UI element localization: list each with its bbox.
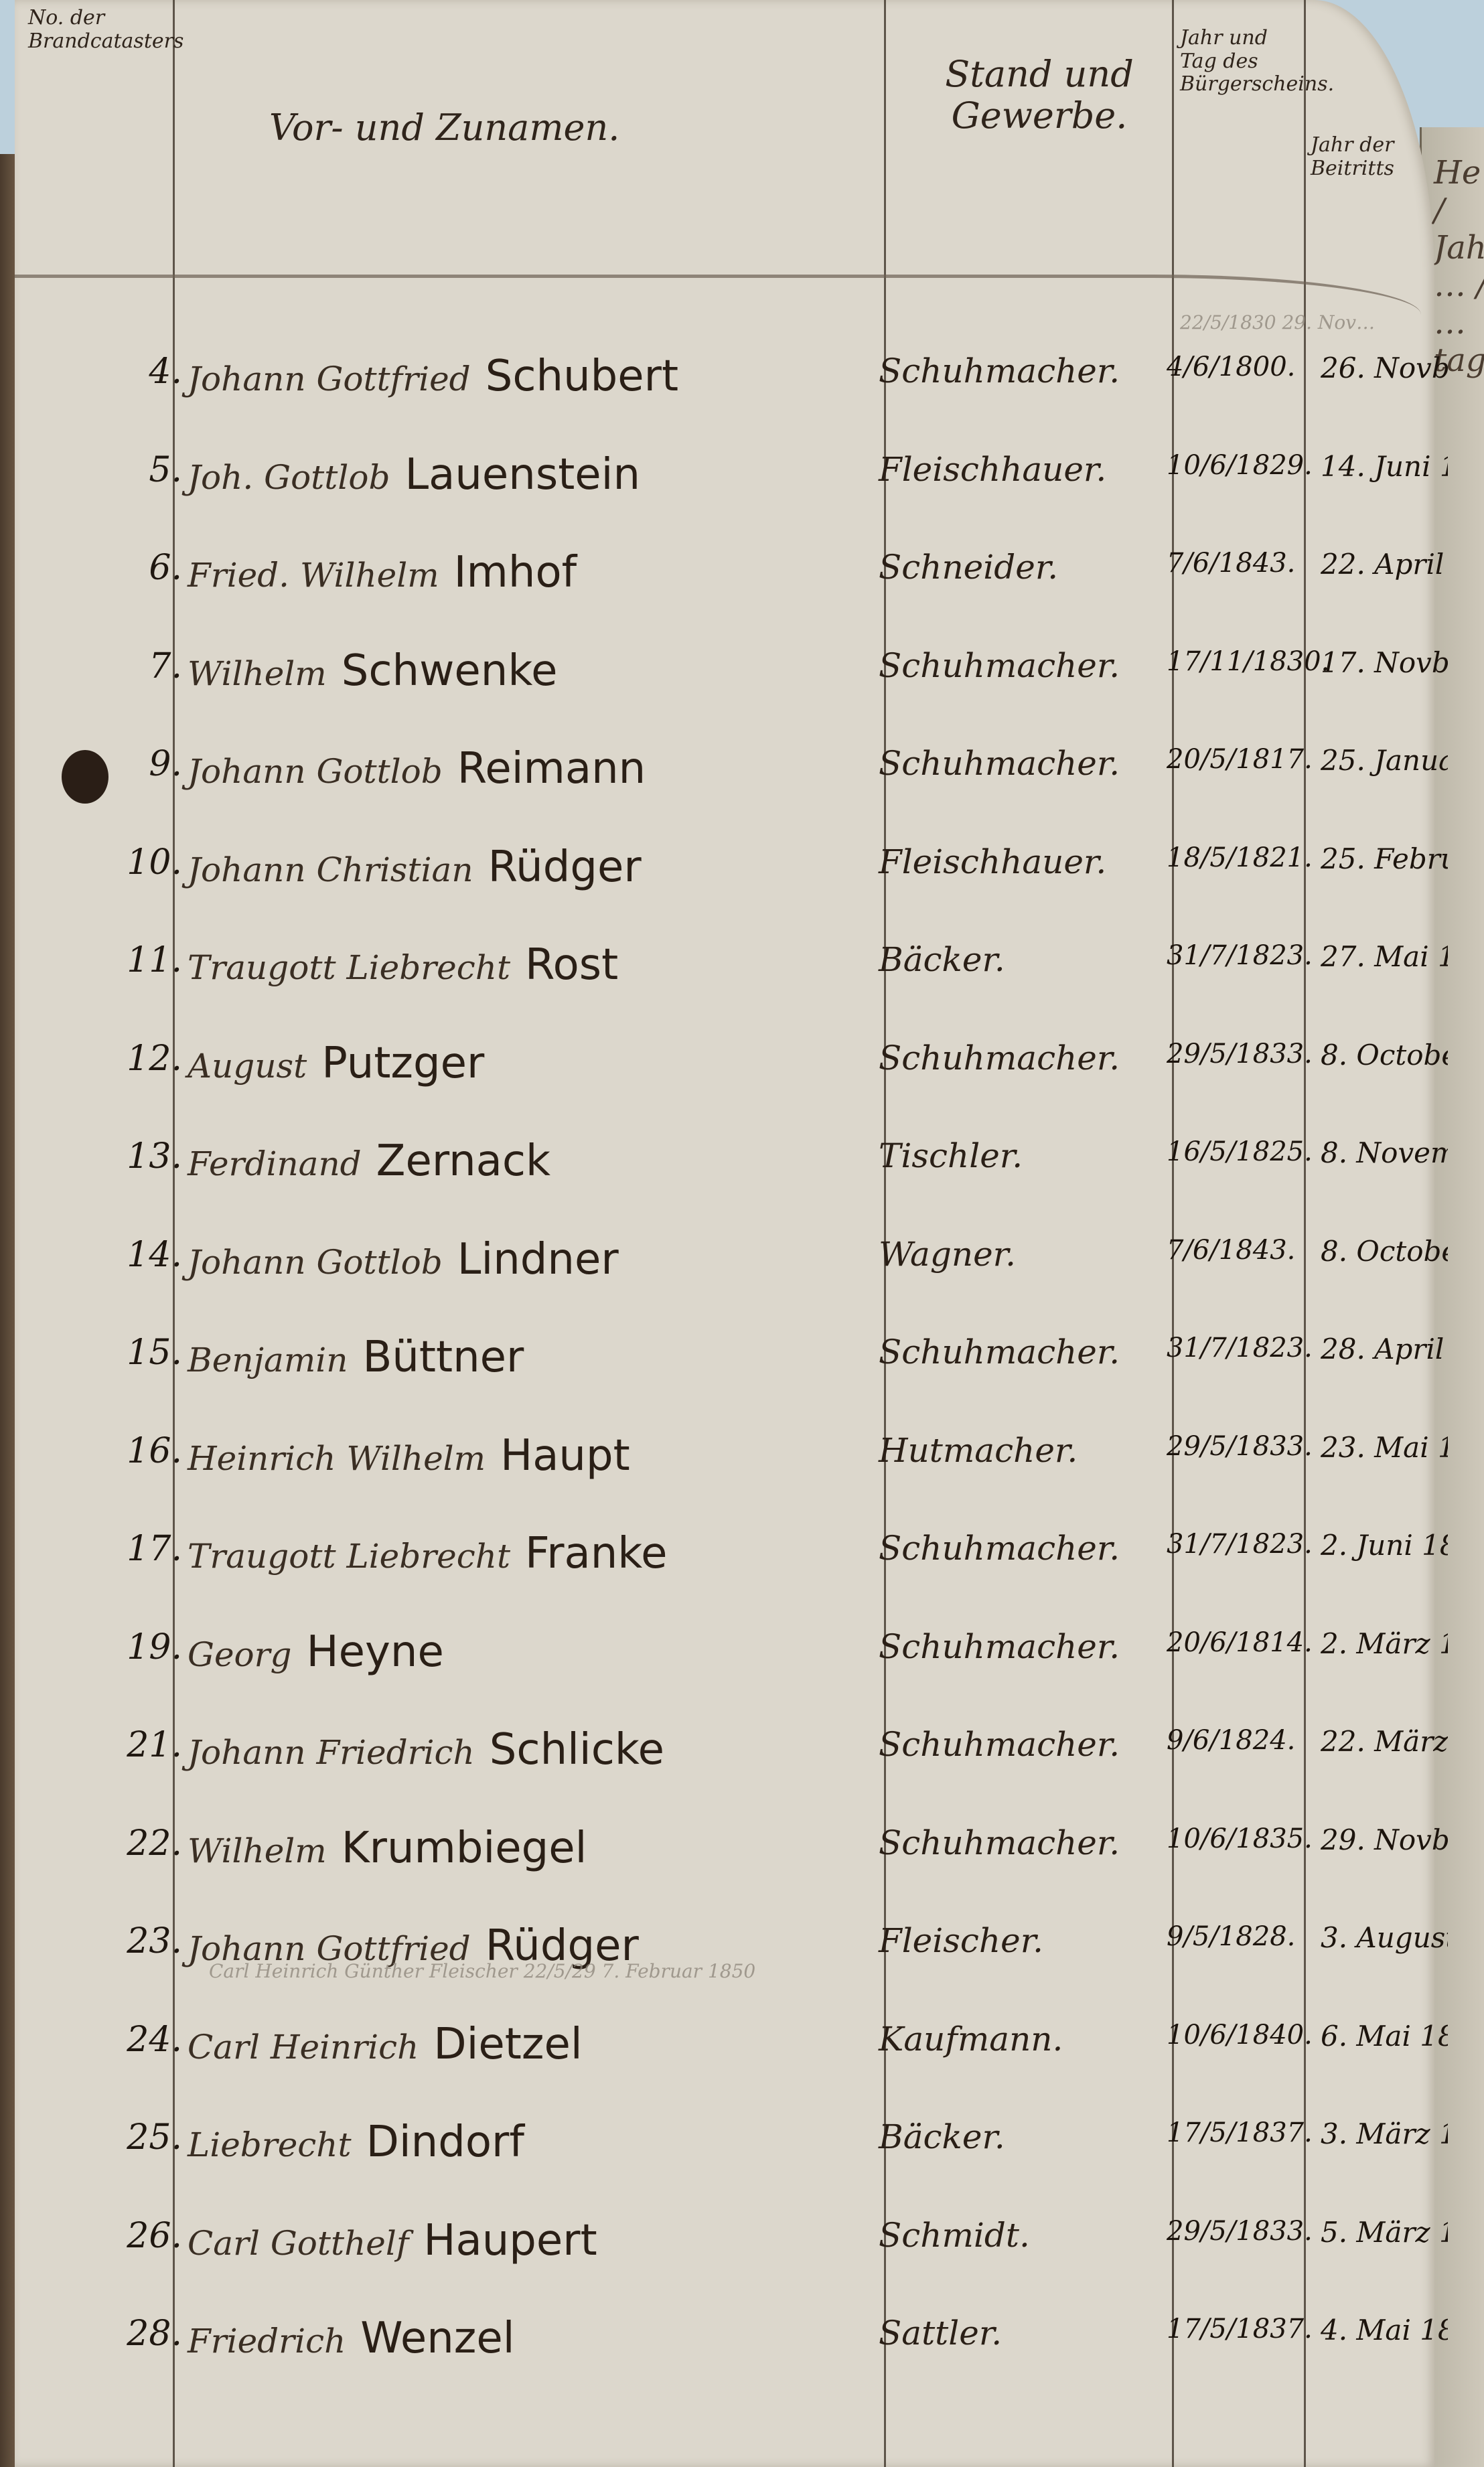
person-name: FerdinandZernack [188,1136,891,1186]
given-names: Friedrich [188,2322,346,2361]
occupation: Bäcker. [879,2117,1173,2156]
surname: Wenzel [360,2314,514,2363]
row-number: 15. [55,1333,196,1373]
person-name: Johann FriedrichSchlicke [188,1725,891,1775]
given-names: Traugott Liebrecht [188,948,510,987]
header-citizen-date: Jahr und Tag des Bürgerscheins. [1180,27,1301,96]
entry-date: 29. Novbr 18… [1321,1823,1448,1856]
register-page: No. der Brandcatasters Vor- und Zunamen.… [15,0,1434,2467]
citizen-certificate-date: 20/5/1817. [1167,744,1321,775]
surname: Zernack [376,1136,550,1186]
row-number: 17. [55,1529,196,1569]
citizen-certificate-date: 17/5/1837. [1167,2117,1321,2148]
row-number: 6. [55,548,196,588]
citizen-certificate-date: 18/5/1821. [1167,842,1321,873]
row-number: 21. [55,1725,196,1765]
row-number: 26. [55,2216,196,2256]
surname: Krumbiegel [342,1823,587,1873]
register-row: 13. FerdinandZernack Tischler. 16/5/1825… [15,1123,1434,1217]
person-name: Johann GottfriedSchubert [188,352,891,401]
occupation: Kaufmann. [879,2020,1173,2059]
given-names: Carl Gotthelf [188,2224,409,2263]
entry-date: 8. October 18… [1321,1039,1448,1071]
given-names: August [188,1047,307,1086]
surname: Büttner [362,1333,524,1382]
row-number: 19. [55,1627,196,1667]
row-number: 12. [55,1039,196,1079]
given-names: Wilhelm [188,654,327,693]
surname: Lauenstein [404,450,640,500]
entry-date: 3. März 183… [1321,2117,1448,2150]
surname: Schlicke [490,1725,664,1775]
entry-date: 5. März 183… [1321,2216,1448,2249]
row-number: 7. [55,646,196,686]
person-name: Carl HeinrichDietzel [188,2020,891,2069]
entry-date: 4. Mai 1844 [1321,2314,1448,2346]
row-number: 5. [55,450,196,490]
row-number: 13. [55,1136,196,1177]
occupation: Schuhmacher. [879,1333,1173,1371]
citizen-certificate-date: 9/5/1828. [1167,1921,1321,1952]
citizen-certificate-date: 10/6/1829. [1167,450,1321,481]
occupation: Schuhmacher. [879,1823,1173,1862]
citizen-certificate-date: 31/7/1823. [1167,1333,1321,1363]
person-name: Heinrich WilhelmHaupt [188,1431,891,1481]
given-names: Johann Gottlob [188,752,443,791]
occupation: Fleischhauer. [879,450,1173,489]
occupation: Schuhmacher. [879,1627,1173,1666]
entry-date: 26. Novbr 18… [1321,352,1448,384]
surname: Reimann [457,744,646,794]
entry-date: 17. Novbr 18… [1321,646,1448,679]
citizen-certificate-date: 10/6/1840. [1167,2020,1321,2050]
person-name: Carl GotthelfHaupert [188,2216,891,2265]
row-number: 22. [55,1823,196,1864]
occupation: Schuhmacher. [879,352,1173,390]
row-number: 4. [55,352,196,392]
row-number: 14. [55,1235,196,1275]
person-name: Traugott LiebrechtRost [188,940,891,990]
header-number: No. der Brandcatasters [28,7,169,53]
given-names: Carl Heinrich [188,2028,419,2067]
register-row: 10. Johann ChristianRüdger Fleischhauer.… [15,829,1434,923]
entry-date: 2. März 18… [1321,1627,1448,1660]
occupation: Fleischhauer. [879,842,1173,881]
occupation: Schuhmacher. [879,646,1173,685]
register-row: 5. Joh. GottlobLauenstein Fleischhauer. … [15,437,1434,530]
header-name: Vor- und Zunamen. [269,107,619,149]
person-name: GeorgHeyne [188,1627,891,1677]
citizen-certificate-date: 29/5/1833. [1167,1431,1321,1462]
row-number: 16. [55,1431,196,1471]
register-row: 19. GeorgHeyne Schuhmacher. 20/6/1814. 2… [15,1614,1434,1708]
entry-date: 28. April 18… [1321,1333,1448,1365]
surname: Dietzel [433,2020,582,2069]
register-row: 16. Heinrich WilhelmHaupt Hutmacher. 29/… [15,1418,1434,1511]
given-names: Ferdinand [188,1144,362,1183]
faint-annotation: 22/5/1830 29. Nov… [1180,311,1375,333]
given-names: Johann Christian [188,850,473,889]
citizen-certificate-date: 16/5/1825. [1167,1136,1321,1167]
person-name: WilhelmKrumbiegel [188,1823,891,1873]
occupation: Schuhmacher. [879,1725,1173,1764]
register-row: 17. Traugott LiebrechtFranke Schuhmacher… [15,1515,1434,1609]
person-name: BenjaminBüttner [188,1333,891,1382]
citizen-certificate-date: 31/7/1823. [1167,940,1321,971]
entry-date: 8. October 18… [1321,1235,1448,1268]
occupation: Schuhmacher. [879,744,1173,783]
header-other-date: Jahr der Beitritts [1311,134,1411,180]
entry-date: 22. April 18… [1321,548,1448,581]
given-names: Johann Friedrich [188,1733,475,1772]
citizen-certificate-date: 20/6/1814. [1167,1627,1321,1658]
person-name: Johann ChristianRüdger [188,842,891,892]
person-name: LiebrechtDindorf [188,2117,891,2167]
entry-date: 22. März 18… [1321,1725,1448,1758]
register-row: 14. Johann GottlobLindner Wagner. 7/6/18… [15,1221,1434,1315]
register-row: 22. WilhelmKrumbiegel Schuhmacher. 10/6/… [15,1810,1434,1904]
register-row: 15. BenjaminBüttner Schuhmacher. 31/7/18… [15,1319,1434,1413]
row-number: 28. [55,2314,196,2354]
entry-date: 3. August 18… [1321,1921,1448,1954]
citizen-certificate-date: 29/5/1833. [1167,2216,1321,2247]
person-name: FriedrichWenzel [188,2314,891,2363]
entry-date: 27. Mai 18… [1321,940,1448,973]
surname: Rüdger [488,842,642,892]
surname: Putzger [321,1039,484,1088]
given-names: Heinrich Wilhelm [188,1439,486,1478]
register-row: 25. LiebrechtDindorf Bäcker. 17/5/1837. … [15,2104,1434,2198]
register-row: 26. Carl GotthelfHaupert Schmidt. 29/5/1… [15,2202,1434,2296]
row-number: 10. [55,842,196,883]
entry-date: 23. Mai 18… [1321,1431,1448,1464]
occupation: Schuhmacher. [879,1039,1173,1077]
given-names: Liebrecht [188,2125,352,2164]
occupation: Tischler. [879,1136,1173,1175]
entry-date: 2. Juni 1830 [1321,1529,1448,1562]
person-name: Johann GottlobReimann [188,744,891,794]
given-names: Joh. Gottlob [188,458,390,497]
surname: Schubert [486,352,678,401]
entry-date: 14. Juni 18… [1321,450,1448,483]
surname: Heyne [307,1627,444,1677]
row-number: 24. [55,2020,196,2060]
register-row: 21. Johann FriedrichSchlicke Schuhmacher… [15,1712,1434,1805]
citizen-certificate-date: 17/5/1837. [1167,2314,1321,2344]
register-row: 11. Traugott LiebrechtRost Bäcker. 31/7/… [15,927,1434,1021]
register-row: 6. Fried. WilhelmImhof Schneider. 7/6/18… [15,534,1434,628]
surname: Dindorf [366,2117,524,2167]
surname: Schwenke [342,646,558,696]
adjacent-page-text: He… / Jahr … / …tag [1434,154,1484,379]
header-occupation: Stand und Gewerbe. [939,54,1140,137]
register-row: 23. Johann GottfriedRüdger Fleischer. 9/… [15,1908,1434,2002]
occupation: Schuhmacher. [879,1529,1173,1568]
surname: Rost [525,940,618,990]
occupation: Schmidt. [879,2216,1173,2255]
row-number: 25. [55,2117,196,2158]
person-name: Joh. GottlobLauenstein [188,450,891,500]
person-name: Johann GottlobLindner [188,1235,891,1284]
given-names: Wilhelm [188,1831,327,1870]
citizen-certificate-date: 7/6/1843. [1167,548,1321,579]
surname: Franke [525,1529,667,1578]
entry-date: 25. Januar 18… [1321,744,1448,777]
person-name: Fried. WilhelmImhof [188,548,891,597]
register-row: 12. AugustPutzger Schuhmacher. 29/5/1833… [15,1025,1434,1119]
register-row: 24. Carl HeinrichDietzel Kaufmann. 10/6/… [15,2006,1434,2100]
entry-date: 6. Mai 18… [1321,2020,1448,2052]
register-row: 9. Johann GottlobReimann Schuhmacher. 20… [15,731,1434,824]
citizen-certificate-date: 31/7/1823. [1167,1529,1321,1560]
register-row: 7. WilhelmSchwenke Schuhmacher. 17/11/18… [15,633,1434,727]
occupation: Fleischer. [879,1921,1173,1960]
entry-date: 8. November 18… [1321,1136,1448,1169]
given-names: Georg [188,1635,292,1674]
given-names: Traugott Liebrecht [188,1537,510,1576]
register-row: 28. FriedrichWenzel Sattler. 17/5/1837. … [15,2300,1434,2394]
citizen-certificate-date: 29/5/1833. [1167,1039,1321,1069]
occupation: Sattler. [879,2314,1173,2352]
row-number: 9. [55,744,196,784]
faint-annotation: Carl Heinrich Günther Fleischer 22/5/29 … [209,1960,755,1982]
person-name: AugustPutzger [188,1039,891,1088]
occupation: Wagner. [879,1235,1173,1274]
given-names: Fried. Wilhelm [188,556,439,595]
citizen-certificate-date: 10/6/1835. [1167,1823,1321,1854]
person-name: Traugott LiebrechtFranke [188,1529,891,1578]
given-names: Johann Gottlob [188,1243,443,1282]
citizen-certificate-date: 9/6/1824. [1167,1725,1321,1756]
surname: Lindner [457,1235,619,1284]
person-name: WilhelmSchwenke [188,646,891,696]
occupation: Schneider. [879,548,1173,587]
citizen-certificate-date: 4/6/1800. [1167,352,1321,382]
given-names: Benjamin [188,1341,348,1379]
entry-date: 25. Februar 18… [1321,842,1448,875]
surname: Haupert [423,2216,597,2265]
row-number: 11. [55,940,196,980]
surname: Imhof [454,548,577,597]
occupation: Hutmacher. [879,1431,1173,1470]
register-row: 4. Johann GottfriedSchubert Schuhmacher.… [15,338,1434,432]
citizen-certificate-date: 7/6/1843. [1167,1235,1321,1266]
given-names: Johann Gottfried [188,360,471,398]
surname: Haupt [500,1431,630,1481]
citizen-certificate-date: 17/11/1830. [1167,646,1321,677]
occupation: Bäcker. [879,940,1173,979]
row-number: 23. [55,1921,196,1961]
